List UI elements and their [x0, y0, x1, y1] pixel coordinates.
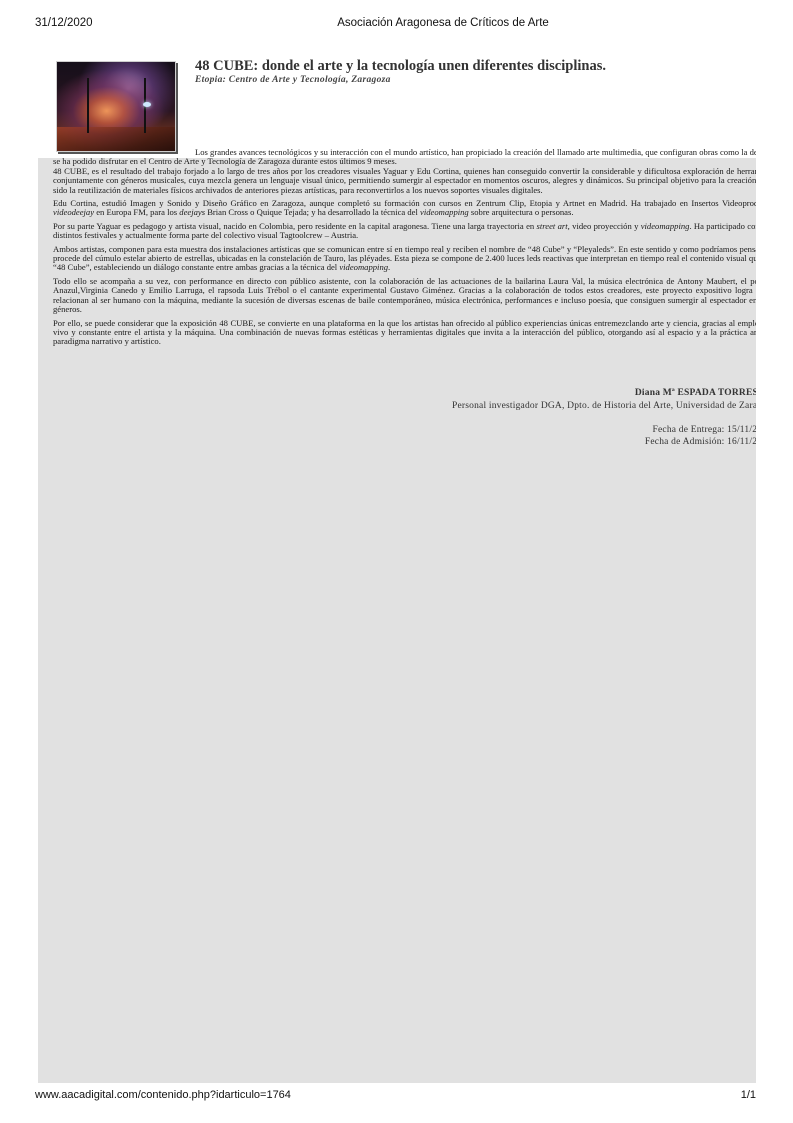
article-body: Los grandes avances tecnológicos y su in… [53, 148, 756, 351]
paragraph-2: 48 CUBE, es el resultado del trabajo for… [53, 167, 756, 195]
paragraph-3: Edu Cortina, estudió Imagen y Sonido y D… [53, 199, 756, 218]
article-image [56, 61, 176, 152]
paragraph-5: Ambos artistas, componen para esta muest… [53, 245, 756, 273]
author-role: Personal investigador DGA, Dpto. de Hist… [452, 401, 756, 411]
paragraph-7: Por ello, se puede considerar que la exp… [53, 319, 756, 347]
cube-shape [87, 78, 146, 133]
page-number: 1/1 [741, 1089, 756, 1101]
paragraph-4: Por su parte Yaguar es pedagogo y artist… [53, 222, 756, 241]
paragraph-6: Todo ello se acompaña a su vez, con perf… [53, 277, 756, 315]
page-content: 48 CUBE: donde el arte y la tecnología u… [0, 0, 756, 1123]
article-title: 48 CUBE: donde el arte y la tecnología u… [195, 58, 606, 75]
article-subtitle: Etopia: Centro de Arte y Tecnología, Zar… [195, 75, 391, 85]
author-name: Diana Mª ESPADA TORRES [635, 388, 756, 398]
admission-date: Fecha de Admisión: 16/11/2020 [645, 437, 756, 447]
print-url: www.aacadigital.com/contenido.php?idarti… [35, 1089, 291, 1101]
delivery-date: Fecha de Entrega: 15/11/2020 [653, 425, 756, 435]
